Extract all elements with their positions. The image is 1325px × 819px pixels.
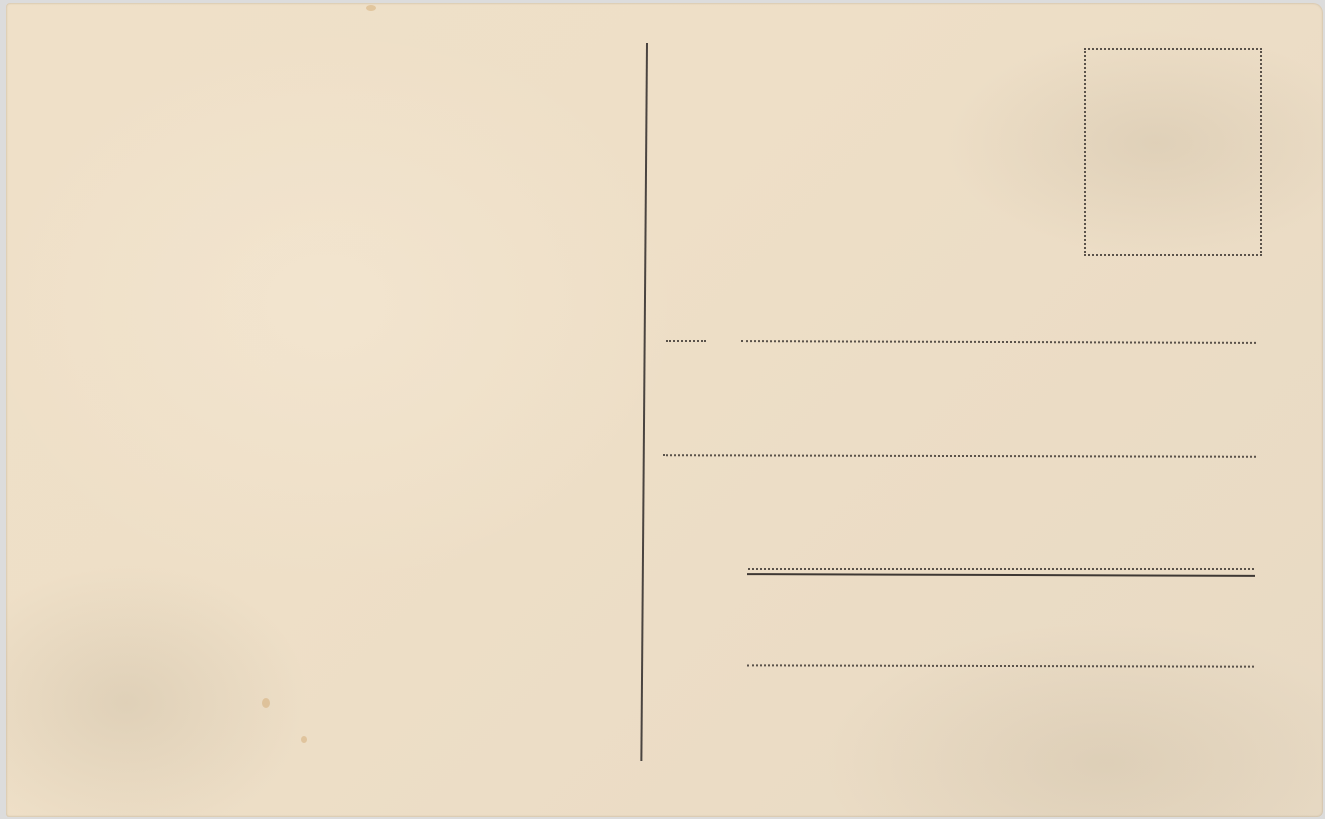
address-line-1 <box>741 340 1256 344</box>
foxing-spot <box>366 5 376 11</box>
address-line-3-solid <box>747 573 1255 577</box>
address-line-3-dotted <box>748 568 1254 570</box>
address-line-4 <box>747 664 1254 667</box>
stamp-box <box>1084 48 1262 256</box>
foxing-spot <box>301 736 307 743</box>
foxing-spot <box>262 698 270 708</box>
address-line-2 <box>663 454 1256 458</box>
center-divider-line <box>640 43 648 761</box>
address-line-1-prefix <box>666 340 706 342</box>
postcard-back <box>6 3 1323 817</box>
